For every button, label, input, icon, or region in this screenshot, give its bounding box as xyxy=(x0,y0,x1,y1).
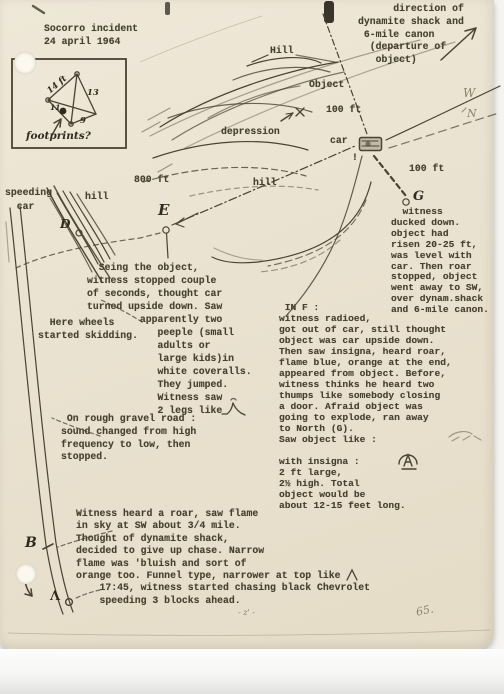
inset-caption-footprints: footprints? xyxy=(26,130,91,142)
note-wheels-skidding: Here wheels started skidding. xyxy=(38,316,138,342)
hole-punch-top xyxy=(14,52,36,74)
hand-point-a: Λ xyxy=(50,589,60,604)
label-depression: depression xyxy=(221,126,280,139)
label-hill-top: Hill xyxy=(270,45,294,58)
label-800ft: 800 ft xyxy=(134,174,169,187)
hand-point-d: D xyxy=(60,217,70,231)
hand-point-e: E xyxy=(158,201,169,219)
label-car: car xyxy=(330,135,348,148)
label-exclamation: ! xyxy=(352,152,358,165)
hand-point-b: B xyxy=(25,535,37,551)
label-100ft-g: 100 ft xyxy=(409,163,444,176)
label-100ft-object: 100 ft xyxy=(326,104,361,117)
scanner-background xyxy=(0,649,504,694)
pencil-scribble-bottom: - z' - xyxy=(238,608,255,617)
page-title: Socorro incident 24 april 1964 xyxy=(44,22,138,48)
label-hill-mid: hill xyxy=(253,177,277,190)
hand-compass-n: N xyxy=(467,107,477,120)
inset-len-11: 11 xyxy=(50,103,60,112)
hand-point-g: G xyxy=(413,189,424,204)
note-roar-chase: Witness heard a roar, saw flame in sky a… xyxy=(76,508,370,607)
scanned-document-page: Socorro incident 24 april 1964 direction… xyxy=(0,0,504,694)
hand-compass-w: W xyxy=(463,86,475,100)
note-gravel-road: On rough gravel road : sound changed fro… xyxy=(61,413,196,464)
hole-punch-bottom xyxy=(16,564,36,584)
label-object: Object xyxy=(309,79,344,92)
inset-len-9: 9 xyxy=(80,116,86,126)
note-direction-of-departure: direction of dynamite shack and 6-mile c… xyxy=(358,3,464,67)
note-witness-ducked: witness ducked down. object had risen 20… xyxy=(391,207,489,316)
label-hill-left: hill xyxy=(85,191,109,204)
note-in-f: IN F : witness radioed, got out of car, … xyxy=(279,302,452,511)
label-speeding-car: speeding car xyxy=(5,186,52,213)
inset-len-13: 13 xyxy=(87,88,99,98)
